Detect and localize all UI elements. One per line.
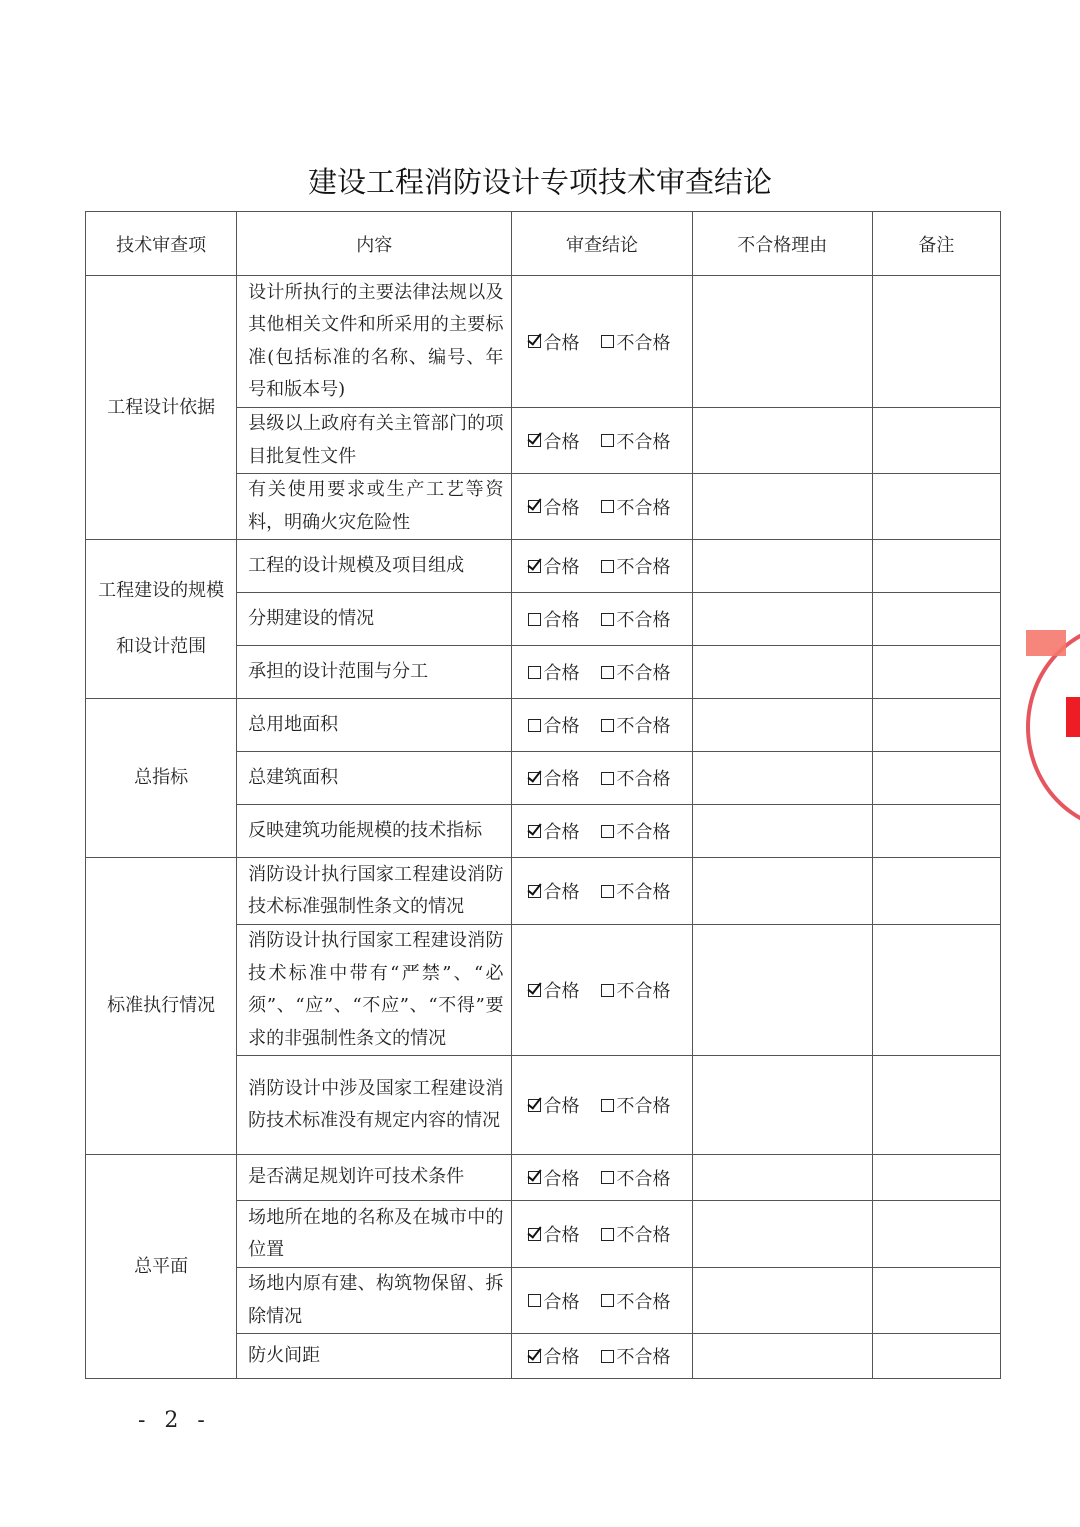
checked-box-icon[interactable] — [528, 1099, 541, 1112]
pass-option[interactable]: 合格 — [528, 818, 579, 844]
seal-fragment — [1066, 697, 1080, 737]
seal-fragment — [1026, 630, 1066, 656]
conclusion-cell: 合格不合格 — [512, 1155, 692, 1201]
note-cell — [872, 1268, 1000, 1334]
fail-label: 不合格 — [616, 977, 670, 1003]
content-cell: 有关使用要求或生产工艺等资料，明确火灾危险性 — [237, 474, 512, 540]
content-cell: 消防设计执行国家工程建设消防技术标准强制性条文的情况 — [237, 858, 512, 925]
fail-label: 不合格 — [616, 1288, 670, 1314]
table-row: 工程设计依据设计所执行的主要法律法规以及其他相关文件和所采用的主要标准(包括标准… — [86, 276, 1001, 408]
note-cell — [872, 699, 1000, 752]
table-body: 工程设计依据设计所执行的主要法律法规以及其他相关文件和所采用的主要标准(包括标准… — [86, 276, 1001, 1379]
fail-option[interactable]: 不合格 — [601, 1165, 670, 1191]
checked-box-icon[interactable] — [528, 984, 541, 997]
note-cell — [872, 752, 1000, 805]
pass-label: 合格 — [543, 765, 579, 791]
fail-label: 不合格 — [616, 1343, 670, 1369]
pass-label: 合格 — [543, 1165, 579, 1191]
table-row: 总平面是否满足规划许可技术条件合格不合格 — [86, 1155, 1001, 1201]
category-cell: 标准执行情况 — [86, 858, 237, 1155]
pass-option[interactable]: 合格 — [528, 494, 579, 520]
empty-box-icon[interactable] — [601, 434, 614, 447]
fail-label: 不合格 — [616, 659, 670, 685]
pass-label: 合格 — [543, 606, 579, 632]
content-cell: 场地所在地的名称及在城市中的位置 — [237, 1201, 512, 1268]
content-cell: 消防设计执行国家工程建设消防技术标准中带有“严禁”、“必须”、“应”、“不应”、… — [237, 925, 512, 1056]
conclusion-cell: 合格不合格 — [512, 1056, 692, 1155]
empty-box-icon[interactable] — [528, 666, 541, 679]
fail-reason-cell — [692, 925, 872, 1056]
pass-option[interactable]: 合格 — [528, 712, 579, 738]
fail-option[interactable]: 不合格 — [601, 878, 670, 904]
category-cell: 总平面 — [86, 1155, 237, 1379]
fail-reason-cell — [692, 408, 872, 474]
pass-option[interactable]: 合格 — [528, 765, 579, 791]
conclusion-cell: 合格不合格 — [512, 1334, 692, 1379]
fail-label: 不合格 — [616, 1221, 670, 1247]
fail-reason-cell — [692, 276, 872, 408]
fail-option[interactable]: 不合格 — [601, 329, 670, 355]
empty-box-icon[interactable] — [601, 984, 614, 997]
fail-label: 不合格 — [616, 712, 670, 738]
fail-reason-cell — [692, 805, 872, 858]
fail-label: 不合格 — [616, 1092, 670, 1118]
pass-label: 合格 — [543, 1288, 579, 1314]
fail-option[interactable]: 不合格 — [601, 428, 670, 454]
checked-box-icon[interactable] — [528, 885, 541, 898]
fail-option[interactable]: 不合格 — [601, 1221, 670, 1247]
fail-label: 不合格 — [616, 878, 670, 904]
pass-option[interactable]: 合格 — [528, 553, 579, 579]
fail-reason-cell — [692, 474, 872, 540]
content-cell: 防火间距 — [237, 1334, 512, 1379]
header-note: 备注 — [872, 212, 1000, 276]
note-cell — [872, 1334, 1000, 1379]
conclusion-cell: 合格不合格 — [512, 752, 692, 805]
empty-box-icon[interactable] — [601, 1294, 614, 1307]
fail-option[interactable]: 不合格 — [601, 1343, 670, 1369]
empty-box-icon[interactable] — [601, 666, 614, 679]
note-cell — [872, 408, 1000, 474]
empty-box-icon[interactable] — [601, 1350, 614, 1363]
conclusion-cell: 合格不合格 — [512, 540, 692, 593]
document-title: 建设工程消防设计专项技术审查结论 — [0, 160, 1080, 201]
empty-box-icon[interactable] — [601, 1099, 614, 1112]
table-row: 标准执行情况消防设计执行国家工程建设消防技术标准强制性条文的情况合格不合格 — [86, 858, 1001, 925]
note-cell — [872, 474, 1000, 540]
fail-option[interactable]: 不合格 — [601, 818, 670, 844]
pass-label: 合格 — [543, 1092, 579, 1118]
empty-box-icon[interactable] — [601, 825, 614, 838]
conclusion-cell: 合格不合格 — [512, 408, 692, 474]
content-cell: 县级以上政府有关主管部门的项目批复性文件 — [237, 408, 512, 474]
conclusion-cell: 合格不合格 — [512, 593, 692, 646]
note-cell — [872, 540, 1000, 593]
header-conclusion: 审查结论 — [512, 212, 692, 276]
note-cell — [872, 1155, 1000, 1201]
fail-option[interactable]: 不合格 — [601, 1288, 670, 1314]
checked-box-icon[interactable] — [528, 335, 541, 348]
fail-label: 不合格 — [616, 428, 670, 454]
pass-label: 合格 — [543, 1343, 579, 1369]
pass-label: 合格 — [543, 1221, 579, 1247]
fail-reason-cell — [692, 593, 872, 646]
content-cell: 工程的设计规模及项目组成 — [237, 540, 512, 593]
pass-label: 合格 — [543, 818, 579, 844]
note-cell — [872, 805, 1000, 858]
note-cell — [872, 593, 1000, 646]
pass-option[interactable]: 合格 — [528, 1092, 579, 1118]
pass-option[interactable]: 合格 — [528, 977, 579, 1003]
content-cell: 消防设计中涉及国家工程建设消防技术标准没有规定内容的情况 — [237, 1056, 512, 1155]
content-cell: 反映建筑功能规模的技术指标 — [237, 805, 512, 858]
header-fail-reason: 不合格理由 — [692, 212, 872, 276]
content-cell: 总建筑面积 — [237, 752, 512, 805]
pass-label: 合格 — [543, 659, 579, 685]
empty-box-icon[interactable] — [528, 1294, 541, 1307]
fail-option[interactable]: 不合格 — [601, 553, 670, 579]
pass-option[interactable]: 合格 — [528, 606, 579, 632]
note-cell — [872, 1056, 1000, 1155]
pass-option[interactable]: 合格 — [528, 329, 579, 355]
table-header-row: 技术审查项 内容 审查结论 不合格理由 备注 — [86, 212, 1001, 276]
review-table: 技术审查项 内容 审查结论 不合格理由 备注 工程设计依据设计所执行的主要法律法… — [85, 211, 1001, 1379]
content-cell: 设计所执行的主要法律法规以及其他相关文件和所采用的主要标准(包括标准的名称、编号… — [237, 276, 512, 408]
conclusion-cell: 合格不合格 — [512, 925, 692, 1056]
category-cell: 工程建设的规模和设计范围 — [86, 540, 237, 699]
pass-label: 合格 — [543, 329, 579, 355]
fail-option[interactable]: 不合格 — [601, 977, 670, 1003]
fail-label: 不合格 — [616, 606, 670, 632]
fail-reason-cell — [692, 858, 872, 925]
checked-box-icon[interactable] — [528, 772, 541, 785]
conclusion-cell: 合格不合格 — [512, 699, 692, 752]
pass-option[interactable]: 合格 — [528, 1221, 579, 1247]
conclusion-cell: 合格不合格 — [512, 646, 692, 699]
pass-label: 合格 — [543, 712, 579, 738]
fail-option[interactable]: 不合格 — [601, 606, 670, 632]
fail-option[interactable]: 不合格 — [601, 765, 670, 791]
conclusion-cell: 合格不合格 — [512, 1201, 692, 1268]
fail-label: 不合格 — [616, 494, 670, 520]
content-cell: 承担的设计范围与分工 — [237, 646, 512, 699]
fail-reason-cell — [692, 699, 872, 752]
note-cell — [872, 276, 1000, 408]
fail-reason-cell — [692, 1201, 872, 1268]
empty-box-icon[interactable] — [601, 1171, 614, 1184]
header-review-item: 技术审查项 — [86, 212, 237, 276]
fail-option[interactable]: 不合格 — [601, 712, 670, 738]
checked-box-icon[interactable] — [528, 434, 541, 447]
page-number: - 2 - — [138, 1408, 211, 1433]
fail-option[interactable]: 不合格 — [601, 494, 670, 520]
content-cell: 场地内原有建、构筑物保留、拆除情况 — [237, 1268, 512, 1334]
category-cell: 工程设计依据 — [86, 276, 237, 540]
fail-label: 不合格 — [616, 329, 670, 355]
conclusion-cell: 合格不合格 — [512, 1268, 692, 1334]
table-row: 总指标总用地面积合格不合格 — [86, 699, 1001, 752]
note-cell — [872, 858, 1000, 925]
fail-reason-cell — [692, 646, 872, 699]
note-cell — [872, 646, 1000, 699]
empty-box-icon[interactable] — [528, 719, 541, 732]
checked-box-icon[interactable] — [528, 1350, 541, 1363]
pass-option[interactable]: 合格 — [528, 659, 579, 685]
fail-option[interactable]: 不合格 — [601, 1092, 670, 1118]
empty-box-icon[interactable] — [601, 719, 614, 732]
empty-box-icon[interactable] — [601, 1228, 614, 1241]
checked-box-icon[interactable] — [528, 1171, 541, 1184]
conclusion-cell: 合格不合格 — [512, 474, 692, 540]
pass-label: 合格 — [543, 878, 579, 904]
checked-box-icon[interactable] — [528, 1228, 541, 1241]
empty-box-icon[interactable] — [601, 772, 614, 785]
empty-box-icon[interactable] — [601, 560, 614, 573]
pass-label: 合格 — [543, 977, 579, 1003]
red-seal-stamp — [1026, 622, 1080, 832]
fail-reason-cell — [692, 1155, 872, 1201]
fail-reason-cell — [692, 1056, 872, 1155]
empty-box-icon[interactable] — [528, 613, 541, 626]
content-cell: 分期建设的情况 — [237, 593, 512, 646]
fail-reason-cell — [692, 1268, 872, 1334]
fail-reason-cell — [692, 752, 872, 805]
pass-label: 合格 — [543, 553, 579, 579]
content-cell: 是否满足规划许可技术条件 — [237, 1155, 512, 1201]
pass-option[interactable]: 合格 — [528, 1165, 579, 1191]
table-row: 工程建设的规模和设计范围工程的设计规模及项目组成合格不合格 — [86, 540, 1001, 593]
note-cell — [872, 925, 1000, 1056]
content-cell: 总用地面积 — [237, 699, 512, 752]
empty-box-icon[interactable] — [601, 885, 614, 898]
pass-option[interactable]: 合格 — [528, 428, 579, 454]
fail-label: 不合格 — [616, 818, 670, 844]
fail-option[interactable]: 不合格 — [601, 659, 670, 685]
fail-label: 不合格 — [616, 1165, 670, 1191]
pass-option[interactable]: 合格 — [528, 1343, 579, 1369]
pass-option[interactable]: 合格 — [528, 878, 579, 904]
fail-label: 不合格 — [616, 765, 670, 791]
category-cell: 总指标 — [86, 699, 237, 858]
conclusion-cell: 合格不合格 — [512, 805, 692, 858]
checked-box-icon[interactable] — [528, 500, 541, 513]
pass-option[interactable]: 合格 — [528, 1288, 579, 1314]
checked-box-icon[interactable] — [528, 825, 541, 838]
empty-box-icon[interactable] — [601, 335, 614, 348]
pass-label: 合格 — [543, 428, 579, 454]
pass-label: 合格 — [543, 494, 579, 520]
empty-box-icon[interactable] — [601, 613, 614, 626]
conclusion-cell: 合格不合格 — [512, 858, 692, 925]
header-content: 内容 — [237, 212, 512, 276]
fail-reason-cell — [692, 540, 872, 593]
fail-reason-cell — [692, 1334, 872, 1379]
note-cell — [872, 1201, 1000, 1268]
fail-label: 不合格 — [616, 553, 670, 579]
empty-box-icon[interactable] — [601, 500, 614, 513]
checked-box-icon[interactable] — [528, 560, 541, 573]
conclusion-cell: 合格不合格 — [512, 276, 692, 408]
